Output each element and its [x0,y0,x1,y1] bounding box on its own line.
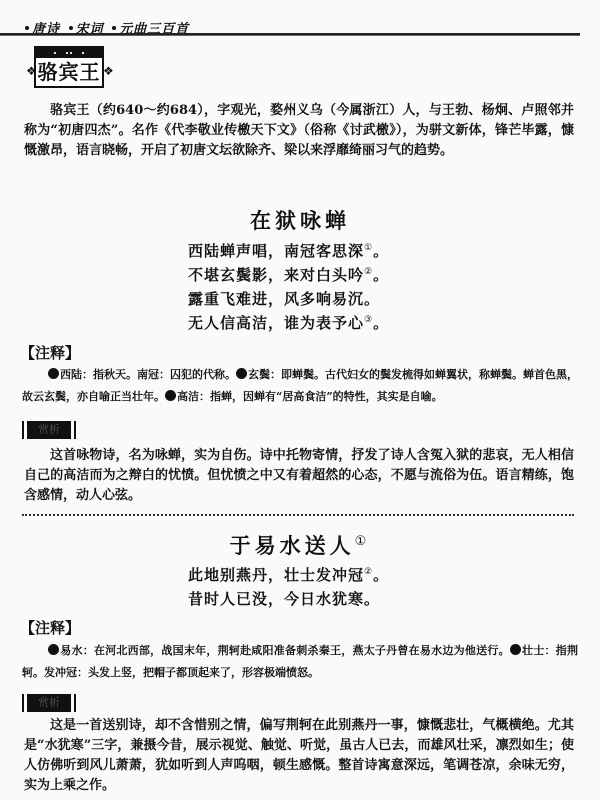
ornament-right-icon: ❖ [103,62,112,80]
poem-line: 昔时人已没，今日水犹寒。 [188,588,380,609]
note-bullet-icon [236,368,247,379]
bullet-dot-icon [69,26,73,30]
analysis-text: 这首咏物诗，名为咏蝉，实为自伤。诗中托物寄情，抒发了诗人含冤入狱的悲哀，无人相信… [24,446,574,506]
poem-line: 西陆蝉声唱，南冠客思深①。 [188,240,389,261]
analysis-badge: 赏析 [22,694,76,712]
notes-heading: 【注释】 [20,342,80,363]
section-divider [22,514,574,516]
notes-text: 易水：在河北西部，战国末年，荆轲赴咸阳准备刺杀秦王，燕太子丹曾在易水边为他送行。… [22,640,578,684]
poem-line: 此地别燕丹，壮士发冲冠②。 [188,564,389,585]
poem-line: 不堪玄鬓影，来对白头吟②。 [188,264,389,285]
analysis-text: 这是一首送别诗，却不含惜别之情，偏写荆轲在此别燕丹一事，慷慨悲壮，气概横绝。尤其… [24,716,574,796]
poem-line: 无人信高洁，谁为表予心③。 [188,312,389,333]
poem-line: 露重飞难进，风多响易沉。 [188,288,380,309]
author-badge: ❖ ❖ 骆宾王 [26,46,112,88]
author-name: 骆宾王 [34,58,104,86]
badge-bar [36,48,102,58]
note-bullet-icon [510,644,521,655]
notes-heading: 【注释】 [20,617,80,638]
bullet-dot-icon [25,26,29,30]
bullet-dot-icon [112,26,116,30]
analysis-badge: 赏析 [22,421,76,439]
notes-text: 西陆：指秋天。南冠：囚犯的代称。玄鬓：即蝉鬓。古代妇女的鬓发梳得如蝉翼状，称蝉鬓… [22,364,578,408]
author-bio: 骆宾王（约640～约684），字观光，婺州义乌（今属浙江）人，与王勃、杨炯、卢照… [24,101,574,161]
poem-title: 于易水送人① [0,530,600,560]
header-rule [0,33,580,36]
note-bullet-icon [48,644,59,655]
note-bullet-icon [165,390,176,401]
note-bullet-icon [48,368,59,379]
poem-title: 在狱咏蝉 [0,205,600,235]
